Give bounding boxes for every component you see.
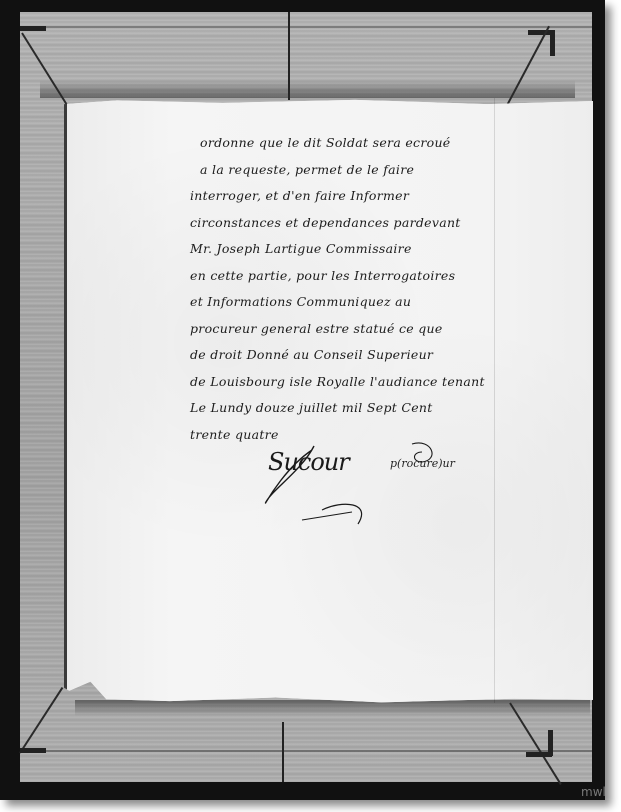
diagonal-line-top-right	[503, 26, 550, 112]
film-notch	[596, 150, 605, 186]
signature-title: p(rocure)ur	[390, 457, 455, 470]
board-center-line-bottom	[282, 722, 284, 782]
manuscript-text: ordonne que le dit Soldat sera ecroué a …	[188, 130, 498, 448]
diagonal-line-top-left	[21, 32, 71, 111]
text-line: Mr. Joseph Lartigue Commissaire	[190, 236, 498, 263]
board-rule-bottom	[20, 750, 592, 752]
corner-mark-bottom-left	[20, 748, 46, 753]
text-line: ordonne que le dit Soldat sera ecroué	[200, 130, 498, 157]
watermark: mwl	[581, 785, 606, 799]
text-line: en cette partie, pour les Interrogatoire…	[190, 263, 498, 290]
film-notch	[596, 250, 605, 286]
film-notch	[596, 330, 605, 366]
text-line: interroger, et d'en faire Informer	[190, 183, 498, 210]
paper-shadow-bottom	[75, 700, 590, 716]
text-line: a la requeste, permet de le faire	[200, 157, 498, 184]
paper-shadow-top	[40, 80, 575, 98]
text-line: de Louisbourg isle Royalle l'audiance te…	[190, 369, 498, 396]
corner-mark-bottom-right-v	[548, 730, 553, 756]
corner-mark-top-right-v	[550, 30, 555, 56]
text-line: Le Lundy douze juillet mil Sept Cent	[190, 395, 498, 422]
film-notch	[596, 700, 605, 736]
diagonal-line-bottom-left	[19, 687, 63, 754]
text-line: circonstances et dependances pardevant	[190, 210, 498, 237]
signature-name: Sucour	[268, 448, 349, 476]
corner-mark-top-left	[20, 26, 46, 31]
text-line: de droit Donné au Conseil Superieur	[190, 342, 498, 369]
signature-block: Sucour p(rocure)ur	[262, 440, 502, 530]
text-line: et Informations Communiquez au	[190, 289, 498, 316]
text-line: procureur general estre statué ce que	[190, 316, 498, 343]
board-rule	[20, 26, 592, 28]
